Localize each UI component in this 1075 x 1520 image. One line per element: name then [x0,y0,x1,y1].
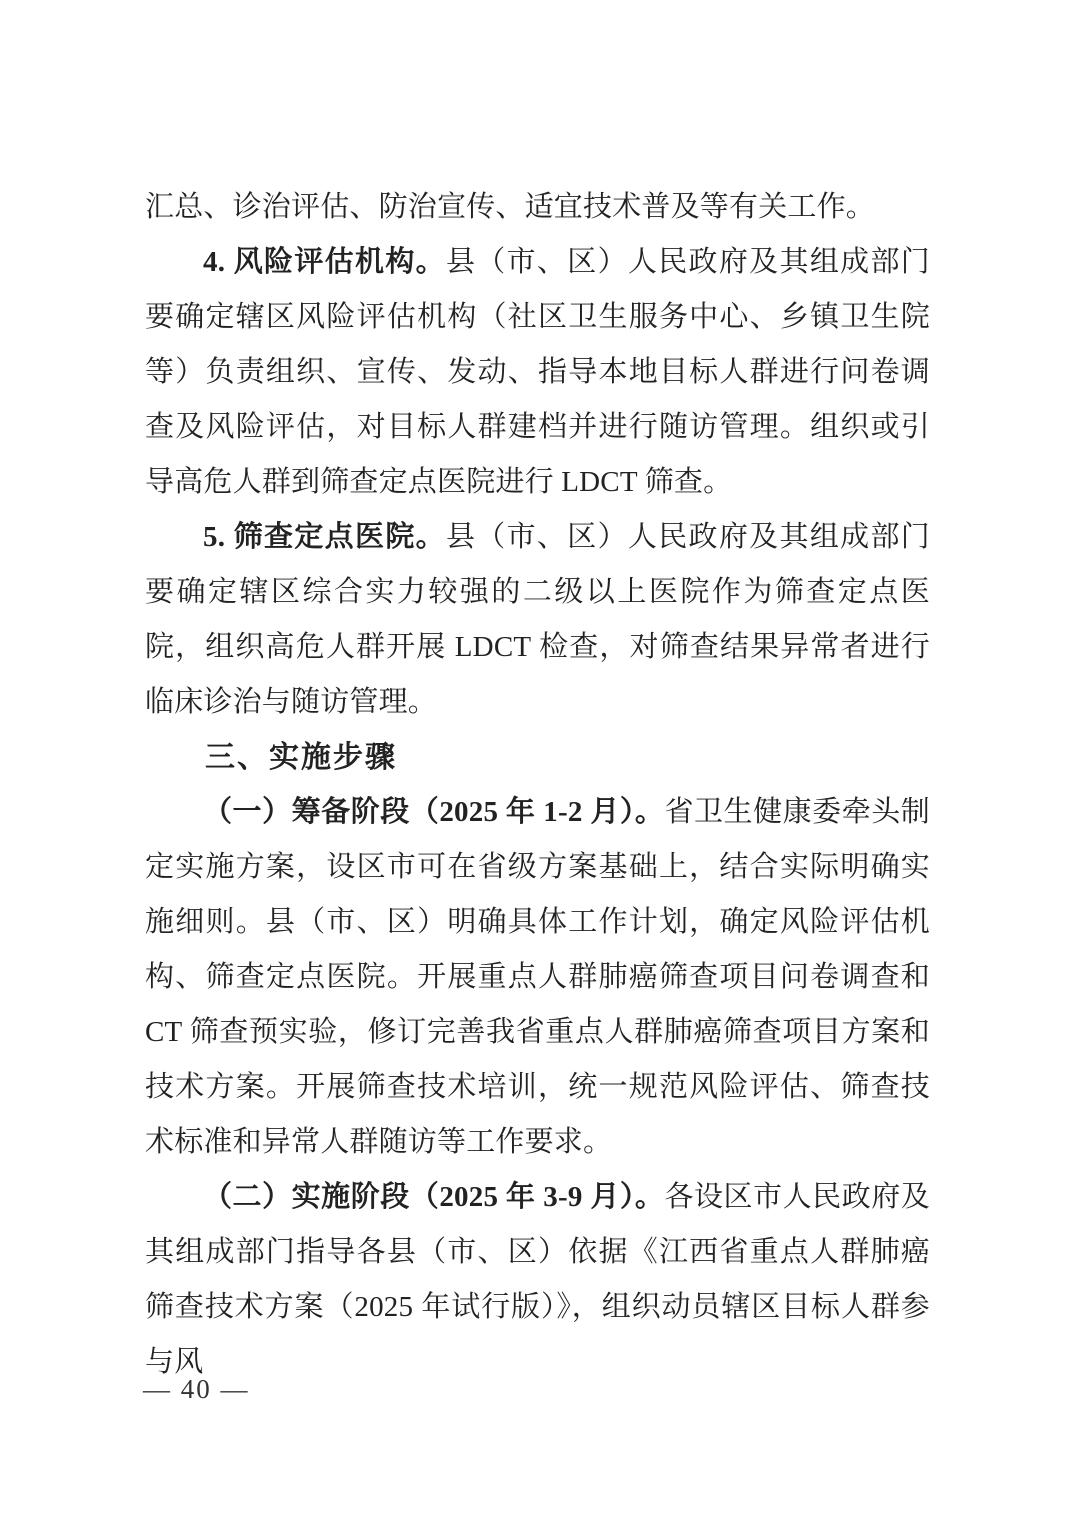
page-footer: — 40 — [143,1374,250,1404]
document-page: 汇总、诊治评估、防治宣传、适宜技术普及等有关工作。 4. 风险评估机构。县（市、… [0,0,1075,1520]
paragraph-text: 省卫生健康委牵头制定实施方案，设区市可在省级方案基础上，结合实际明确实施细则。县… [145,796,930,1158]
paragraph-stage-1: （一）筹备阶段（2025 年 1-2 月）。省卫生健康委牵头制定实施方案，设区市… [145,785,930,1170]
paragraph-lead: （二）实施阶段（2025 年 3-9 月）。 [203,1181,664,1213]
paragraph-item-5: 5. 筛查定点医院。县（市、区）人民政府及其组成部门要确定辖区综合实力较强的二级… [145,510,930,730]
paragraph-lead: 5. 筛查定点医院。 [203,521,446,553]
paragraph-stage-2: （二）实施阶段（2025 年 3-9 月）。各设区市人民政府及其组成部门指导各县… [145,1170,930,1390]
section-heading: 三、实施步骤 [145,730,930,785]
paragraph-continuation: 汇总、诊治评估、防治宣传、适宜技术普及等有关工作。 [145,180,930,235]
paragraph-text: 县（市、区）人民政府及其组成部门要确定辖区风险评估机构（社区卫生服务中心、乡镇卫… [145,246,930,498]
paragraph-lead: （一）筹备阶段（2025 年 1-2 月）。 [203,796,664,828]
paragraph-item-4: 4. 风险评估机构。县（市、区）人民政府及其组成部门要确定辖区风险评估机构（社区… [145,235,930,510]
page-number: — 40 — [143,1374,250,1404]
document-body: 汇总、诊治评估、防治宣传、适宜技术普及等有关工作。 4. 风险评估机构。县（市、… [145,180,930,1390]
paragraph-lead: 4. 风险评估机构。 [203,246,446,278]
paragraph-text: 汇总、诊治评估、防治宣传、适宜技术普及等有关工作。 [145,191,875,223]
